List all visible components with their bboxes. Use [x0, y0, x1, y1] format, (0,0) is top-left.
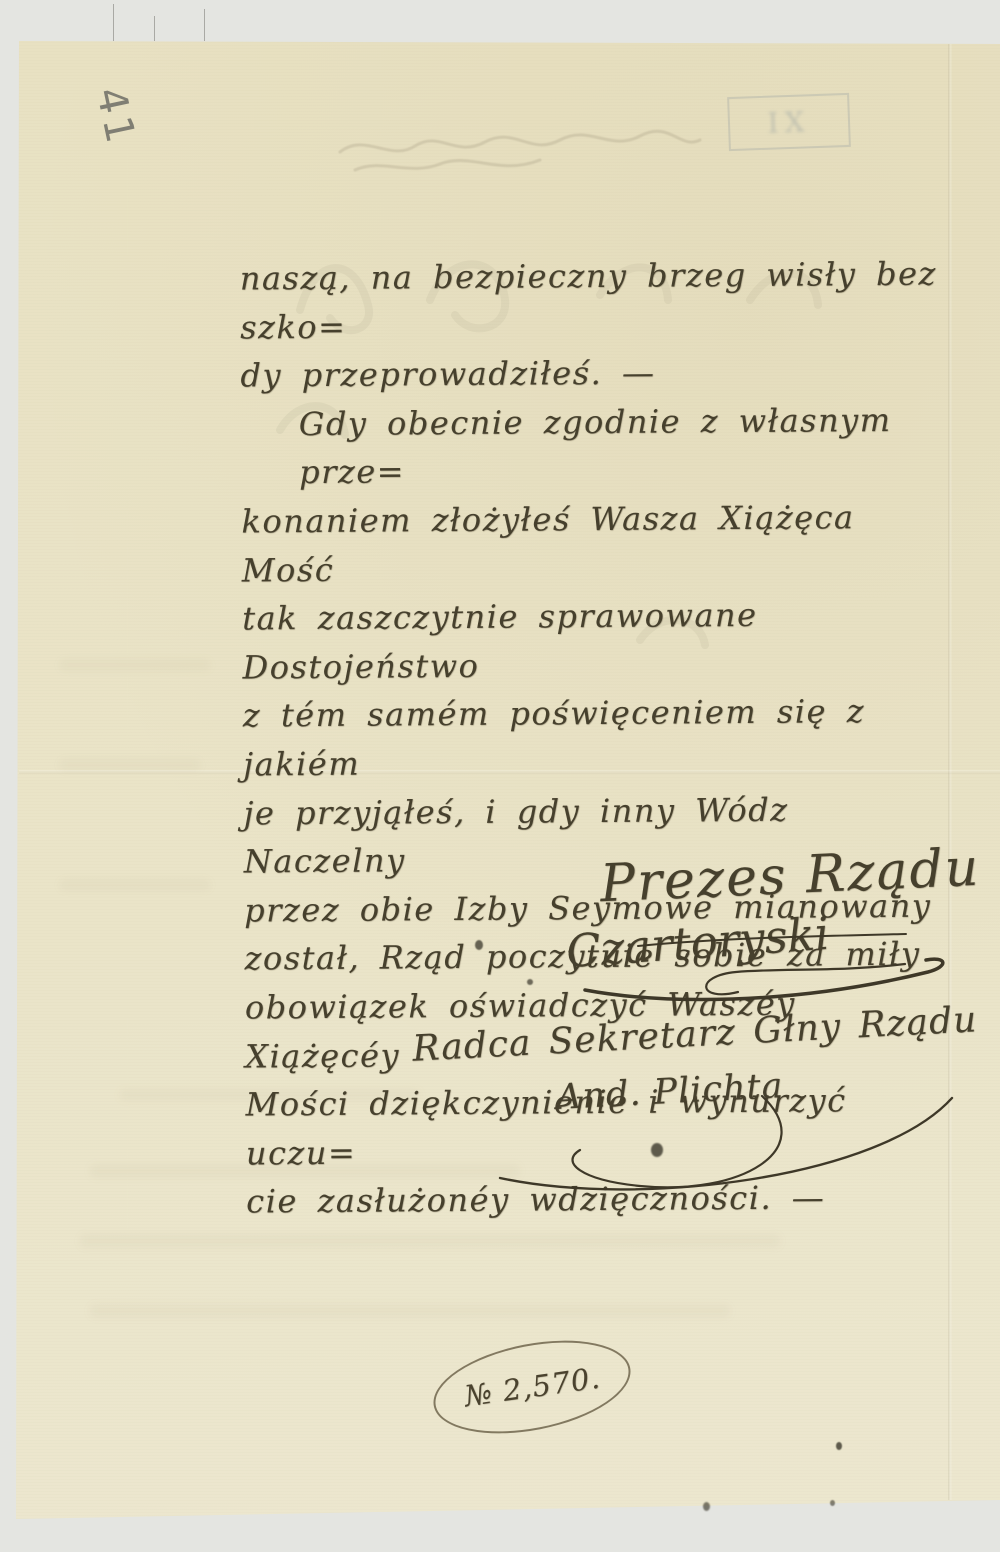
scratch-mark: [154, 16, 155, 41]
bleedthrough-line: [80, 1235, 780, 1247]
scratch-mark: [204, 9, 205, 41]
bleedthrough-line: [60, 760, 200, 770]
ink-speck: [651, 1143, 663, 1157]
bleedthrough-line: [60, 880, 210, 890]
letter-line: Gdy obecnie zgodnie z własnym prze=: [241, 395, 962, 497]
registry-number-text: № 2,570.: [462, 1361, 602, 1414]
letter-line: cie zasłużonéy wdzięczności. —: [246, 1173, 966, 1227]
scratch-mark: [113, 4, 114, 41]
archive-stamp-text: IX: [767, 105, 811, 139]
scan-background: 41 IX naszą, na bezpieczny brzeg wisły b…: [0, 0, 1000, 1552]
letter-line: dy przeprowadziłeś. —: [240, 347, 960, 401]
bleedthrough-line: [60, 660, 210, 670]
letter-line: z tém samém poświęceniem się z jakiém: [243, 687, 964, 789]
ink-speck: [703, 1502, 710, 1511]
ink-speck: [527, 979, 533, 985]
ink-speck: [836, 1442, 842, 1450]
archive-stamp: IX: [727, 93, 851, 151]
ink-speck: [830, 1500, 835, 1506]
letter-line: tak zaszczytnie sprawowane Dostojeństwo: [242, 590, 963, 692]
bleedthrough-line: [90, 1305, 730, 1317]
ink-speck: [475, 940, 483, 950]
letter-line: konaniem złożyłeś Wasza Xiążęca Mość: [241, 492, 962, 594]
letter-line: naszą, na bezpieczny brzeg wisły bez szk…: [240, 249, 961, 351]
